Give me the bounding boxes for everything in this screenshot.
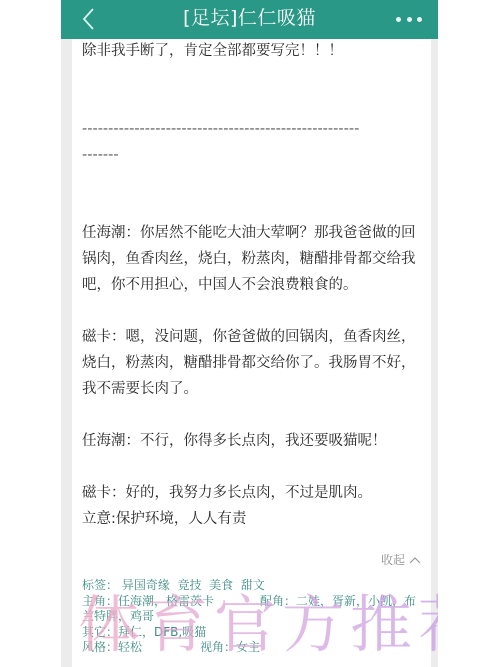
other-row: 其它：拜仁，DFB,吸猫: [82, 625, 427, 641]
more-button[interactable]: [396, 10, 422, 28]
story-meta: 标签： 异国奇缘 竞技 美食 甜文 主角：任海潮，格雷茨卡配角：二娃，胥新，小凯…: [82, 578, 427, 656]
support-label: 配角：: [260, 594, 296, 608]
spacer: [82, 454, 422, 480]
spacer: [82, 402, 422, 428]
more-dots-icon: [417, 17, 422, 22]
collapse-label: 收起: [381, 551, 405, 568]
paragraph: 任海潮：你居然不能吃大油大荤啊？那我爸爸做的回锅肉，鱼香肉丝，烧白，粉蒸肉，糖醋…: [82, 220, 422, 298]
phone-screen: 除非我手断了，肯定全部都要写完！！！ ---------------------…: [61, 0, 438, 667]
main-characters: 任海潮，格雷茨卡: [118, 594, 214, 608]
spacer: [82, 194, 422, 220]
style-value: 轻松: [118, 640, 142, 654]
spacer: [82, 168, 422, 194]
page-title: [足坛]仁仁吸猫: [61, 0, 438, 39]
tags-row: 标签： 异国奇缘 竞技 美食 甜文: [82, 578, 427, 594]
paragraph: 磁卡：好的，我努力多长点肉，不过是肌肉。: [82, 480, 422, 506]
paragraph: 除非我手断了，肯定全部都要写完！！！: [82, 38, 422, 64]
other-value: 拜仁，DFB,吸猫: [118, 625, 206, 639]
pov-label: 视角：: [200, 640, 236, 654]
divider-line: -------: [82, 142, 422, 168]
content-card: 除非我手断了，肯定全部都要写完！！！ ---------------------…: [72, 0, 431, 667]
main-label: 主角：: [82, 594, 118, 608]
top-nav-bar: [足坛]仁仁吸猫: [61, 0, 438, 39]
article-body: 除非我手断了，肯定全部都要写完！！！ ---------------------…: [82, 38, 422, 532]
tag[interactable]: 竞技: [178, 578, 202, 592]
pov-value: 女主: [236, 640, 260, 654]
more-dots-icon: [407, 17, 412, 22]
collapse-button[interactable]: 收起: [381, 551, 421, 568]
tag[interactable]: 异国奇缘: [122, 578, 170, 592]
paragraph: 磁卡：嗯，没问题，你爸爸做的回锅肉，鱼香肉丝，烧白，粉蒸肉，糖醋排骨都交给你了。…: [82, 324, 422, 402]
spacer: [82, 90, 422, 116]
characters-row: 主角：任海潮，格雷茨卡配角：二娃，胥新，小凯，布兰特胖，鸡哥: [82, 594, 427, 625]
spacer: [82, 298, 422, 324]
style-row: 风格：轻松视角：女主: [82, 640, 427, 656]
other-label: 其它：: [82, 625, 118, 639]
more-dots-icon: [396, 17, 401, 22]
tag[interactable]: 甜文: [241, 578, 265, 592]
tags-label: 标签：: [82, 578, 118, 592]
chevron-up-icon: [409, 556, 421, 564]
divider-line: ----------------------------------------…: [82, 116, 422, 142]
tag[interactable]: 美食: [209, 578, 233, 592]
spacer: [82, 64, 422, 90]
style-label: 风格：: [82, 640, 118, 654]
paragraph: 立意:保护环境，人人有责: [82, 506, 422, 532]
paragraph: 任海潮：不行，你得多长点肉，我还要吸猫呢！: [82, 428, 422, 454]
